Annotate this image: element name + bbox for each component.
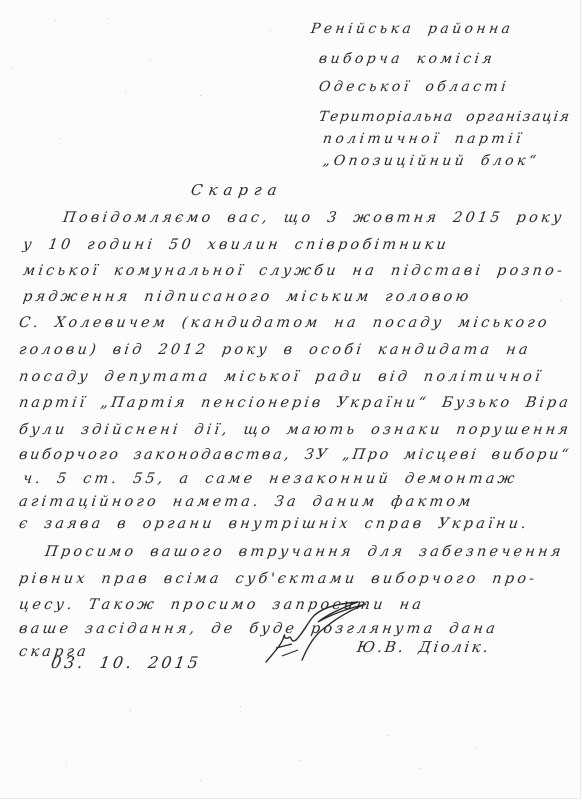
body-line: Повідомляємо вас, що 3 жовтня 2015 року [62, 211, 565, 226]
addressee-line: Ренійська районна [310, 22, 514, 36]
body-line: є заява в органи внутрішніх справ Україн… [18, 517, 530, 532]
body-line: голови) від 2012 року в особі кандидата … [18, 343, 532, 358]
body-line: у 10 годині 50 хвилин співробітники [22, 238, 450, 253]
body-line: ваше засідання, де буде розглянута дана [18, 622, 499, 637]
addressee-line: Одеської області [318, 80, 510, 94]
document-title: Скарга [190, 183, 284, 198]
body-line: агітаційного намета. За даним фактом [18, 495, 475, 510]
scanned-letter-page: Ренійська районна виборча комісія Одеськ… [0, 0, 581, 799]
body-line: Просимо вашого втручання для забезпеченн… [44, 545, 565, 560]
addressee-line: виборча комісія [318, 52, 496, 66]
body-line: міської комунальної служби на підставі р… [22, 264, 566, 279]
addressee-line: „Опозиційний блок“ [322, 154, 540, 168]
document-date: 03. 10. 2015 [50, 655, 202, 671]
signature-name: Ю.В. Діолік. [356, 640, 491, 655]
body-line: ч. 5 ст. 55, а саме незаконний демонтаж [22, 472, 518, 487]
body-line: посаду депутата міської ради від політич… [18, 370, 544, 385]
body-line: виборчого законодавства, ЗУ „Про місцеві… [18, 448, 572, 463]
addressee-line: Територіальна організація [318, 110, 572, 124]
body-line: рядження підписаного міським головою [22, 290, 473, 305]
addressee-line: політичної партії [322, 132, 525, 146]
body-line: були здійснені дії, що мають ознаки пору… [18, 423, 572, 438]
body-line: партії „Партія пенсіонерів України“ Бузь… [18, 396, 572, 411]
body-line: рівних прав всіма суб'єктами виборчого п… [18, 572, 538, 587]
body-line: С. Холевичем (кандидатом на посаду міськ… [18, 316, 551, 331]
signature-scrawl [262, 600, 372, 670]
